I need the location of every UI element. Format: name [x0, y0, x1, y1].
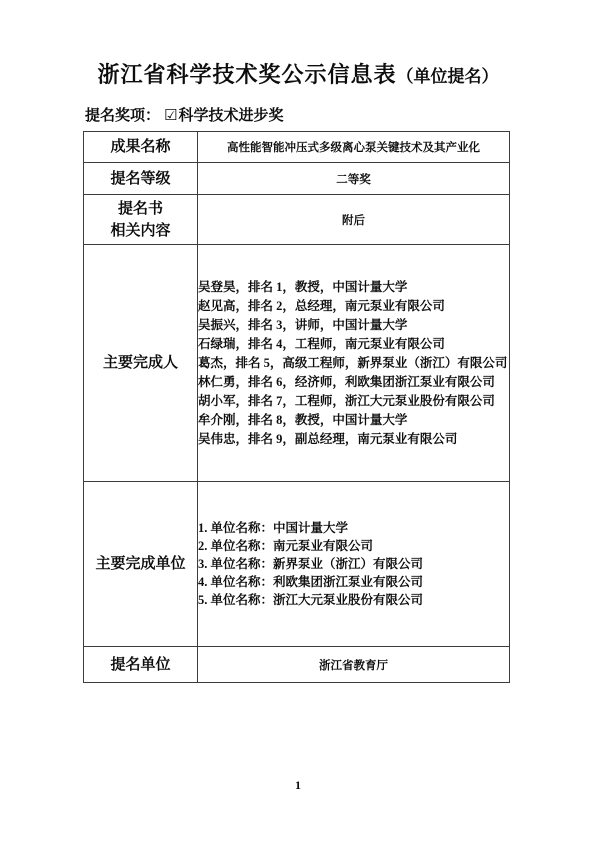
- completer-item: 吴振兴，排名 3，讲师，中国计量大学: [198, 316, 509, 335]
- table-row-completers: 主要完成人 吴登昊，排名 1，教授，中国计量大学 赵见高，排名 2，总经理，南元…: [84, 245, 510, 482]
- nominator-label: 提名单位: [84, 647, 198, 683]
- award-info-table: 成果名称 高性能智能冲压式多级离心泵关键技术及其产业化 提名等级 二等奖 提名书…: [83, 131, 510, 683]
- award-category-line: 提名奖项：☑科学技术进步奖: [85, 105, 596, 126]
- document-page: 浙江省科学技术奖公示信息表（单位提名） 提名奖项：☑科学技术进步奖 成果名称 高…: [0, 0, 596, 842]
- grade-value: 二等奖: [198, 163, 510, 195]
- doc-content-value: 附后: [198, 195, 510, 245]
- table-row-doc-content: 提名书 相关内容 附后: [84, 195, 510, 245]
- unit-item: 1. 单位名称：中国计量大学: [198, 519, 509, 537]
- unit-item: 5. 单位名称：浙江大元泵业股份有限公司: [198, 591, 509, 609]
- table-row-result-name: 成果名称 高性能智能冲压式多级离心泵关键技术及其产业化: [84, 132, 510, 163]
- unit-item: 3. 单位名称：新界泵业（浙江）有限公司: [198, 555, 509, 573]
- completers-list: 吴登昊，排名 1，教授，中国计量大学 赵见高，排名 2，总经理，南元泵业有限公司…: [198, 245, 510, 482]
- page-title: 浙江省科学技术奖公示信息表（单位提名）: [0, 0, 596, 90]
- page-title-suffix: （单位提名）: [397, 67, 499, 86]
- table-row-nominator: 提名单位 浙江省教育厅: [84, 647, 510, 683]
- completer-item: 吴伟忠，排名 9，副总经理，南元泵业有限公司: [198, 430, 509, 449]
- table-row-grade: 提名等级 二等奖: [84, 163, 510, 195]
- doc-content-label-line2: 相关内容: [84, 220, 197, 242]
- page-number: 1: [0, 778, 596, 793]
- units-list: 1. 单位名称：中国计量大学 2. 单位名称：南元泵业有限公司 3. 单位名称：…: [198, 482, 510, 647]
- completer-item: 胡小军，排名 7，工程师，浙江大元泵业股份有限公司: [198, 392, 509, 411]
- completer-item: 牟介刚，排名 8，教授，中国计量大学: [198, 411, 509, 430]
- doc-content-label: 提名书 相关内容: [84, 195, 198, 245]
- completer-item: 石绿瑞，排名 4，工程师，南元泵业有限公司: [198, 335, 509, 354]
- nominator-value: 浙江省教育厅: [198, 647, 510, 683]
- completers-label: 主要完成人: [84, 245, 198, 482]
- page-title-main: 浙江省科学技术奖公示信息表: [97, 62, 396, 87]
- result-name-value: 高性能智能冲压式多级离心泵关键技术及其产业化: [198, 132, 510, 163]
- checked-checkbox-icon: ☑: [164, 105, 177, 125]
- unit-item: 2. 单位名称：南元泵业有限公司: [198, 537, 509, 555]
- unit-item: 4. 单位名称：利欧集团浙江泵业有限公司: [198, 573, 509, 591]
- units-label: 主要完成单位: [84, 482, 198, 647]
- result-name-label: 成果名称: [84, 132, 198, 163]
- grade-label: 提名等级: [84, 163, 198, 195]
- completer-item: 赵见高，排名 2，总经理，南元泵业有限公司: [198, 297, 509, 316]
- completer-item: 林仁勇，排名 6，经济师，利欧集团浙江泵业有限公司: [198, 373, 509, 392]
- completer-item: 葛杰，排名 5，高级工程师，新界泵业（浙江）有限公司: [198, 354, 509, 373]
- table-row-units: 主要完成单位 1. 单位名称：中国计量大学 2. 单位名称：南元泵业有限公司 3…: [84, 482, 510, 647]
- award-category-label: 提名奖项：: [85, 108, 160, 124]
- completer-item: 吴登昊，排名 1，教授，中国计量大学: [198, 278, 509, 297]
- doc-content-label-line1: 提名书: [84, 198, 197, 220]
- award-category-value: 科学技术进步奖: [178, 108, 283, 124]
